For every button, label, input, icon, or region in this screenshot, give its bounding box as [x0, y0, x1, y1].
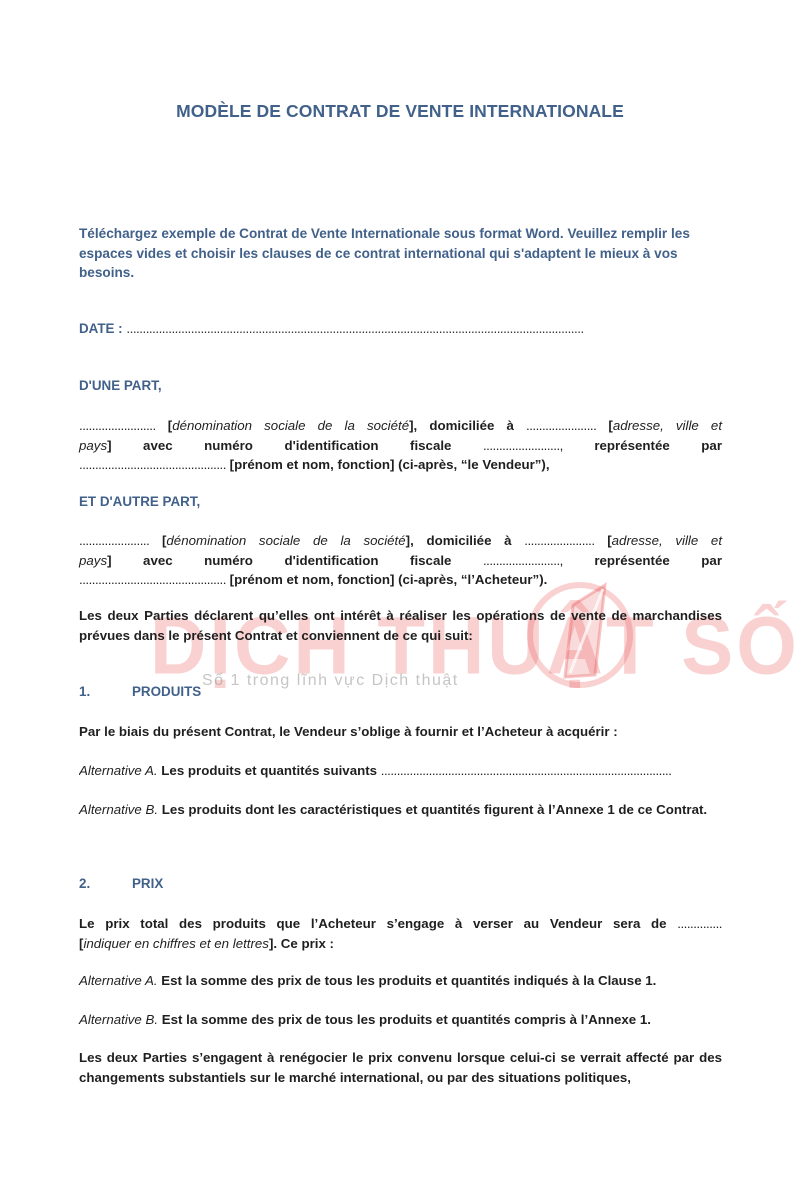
section-2-intro: Le prix total des produits que l’Acheteu…: [79, 914, 722, 953]
date-field: ........................................…: [126, 321, 583, 336]
party-one-paragraph: ........................ [dénomination s…: [79, 416, 722, 475]
section-2-alt-a: Alternative A. Est la somme des prix de …: [79, 971, 722, 991]
intro-paragraph: Téléchargez exemple de Contrat de Vente …: [79, 224, 724, 283]
section-1-heading: 1.PRODUITS: [79, 684, 201, 699]
date-line: DATE : .................................…: [79, 321, 722, 336]
document-page: MODÈLE DE CONTRAT DE VENTE INTERNATIONAL…: [0, 0, 800, 1200]
party-two-line-2: pays] avec numéro d'identification fisca…: [79, 551, 722, 571]
date-label: DATE :: [79, 321, 123, 336]
party-one-heading: D'UNE PART,: [79, 378, 162, 393]
section-2-heading: 2.PRIX: [79, 876, 163, 891]
party-one-line-1: ........................ [dénomination s…: [79, 416, 722, 436]
party-one-line-3: ........................................…: [79, 455, 722, 475]
section-1-title: PRODUITS: [132, 684, 201, 699]
party-two-line-1: ...................... [dénomination soc…: [79, 531, 722, 551]
party-two-heading: ET D'AUTRE PART,: [79, 494, 200, 509]
section-1-alt-b: Alternative B. Les produits dont les car…: [79, 800, 722, 820]
section-2-number: 2.: [79, 876, 132, 891]
section-1-alt-a: Alternative A. Les produits et quantités…: [79, 761, 722, 781]
party-one-line-2: pays] avec numéro d'identification fisca…: [79, 436, 722, 456]
section-2-renegotiate: Les deux Parties s’engagent à renégocier…: [79, 1048, 722, 1087]
section-2-title: PRIX: [132, 876, 163, 891]
document-title: MODÈLE DE CONTRAT DE VENTE INTERNATIONAL…: [0, 101, 800, 122]
watermark-tagline: Số 1 trong lĩnh vực Dịch thuật: [202, 672, 459, 690]
section-1-intro: Par le biais du présent Contrat, le Vend…: [79, 722, 722, 742]
section-1-number: 1.: [79, 684, 132, 699]
parties-declare-paragraph: Les deux Parties déclarent qu’elles ont …: [79, 606, 722, 645]
section-2-alt-b: Alternative B. Est la somme des prix de …: [79, 1010, 722, 1030]
